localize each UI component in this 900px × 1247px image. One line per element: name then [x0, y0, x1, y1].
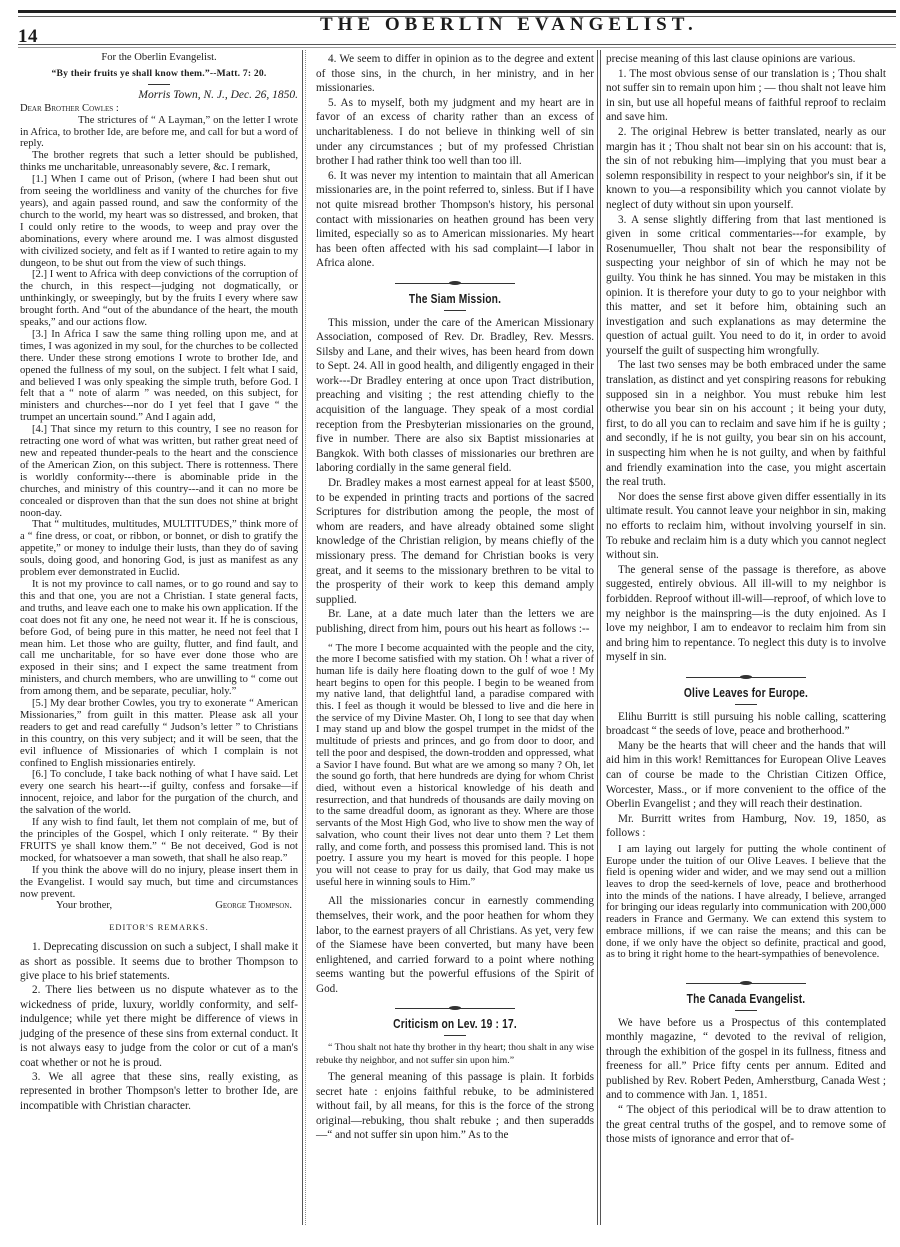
short-rule	[735, 1010, 757, 1011]
column-2: 4. We seem to differ in opinion as to th…	[316, 52, 594, 1143]
letter-paragraph: That “ multitudes, multitudes, MULTITUDE…	[20, 519, 298, 579]
letter-paragraph: [2.] I went to Africa with deep convicti…	[20, 269, 298, 329]
column-3: precise meaning of this last clause opin…	[606, 52, 886, 1147]
dateline: Morris Town, N. J., Dec. 26, 1850.	[20, 90, 298, 102]
signature: George Thompson.	[215, 900, 292, 912]
column-divider-1-dotted	[305, 50, 306, 1225]
letter-paragraph: The strictures of “ A Layman,” on the le…	[20, 115, 298, 151]
letter-paragraph: [5.] My dear brother Cowles, you try to …	[20, 698, 298, 769]
closing: Your brother,	[56, 900, 112, 912]
short-rule	[444, 310, 466, 311]
headline-criticism: Criticism on Lev. 19 : 17.	[341, 1017, 569, 1032]
column-1: For the Oberlin Evangelist. “By their fr…	[20, 52, 298, 1113]
column-divider-1	[302, 50, 303, 1225]
editor-paragraph: 1. Deprecating discussion on such a subj…	[20, 940, 298, 983]
letter-paragraph: [4.] That since my return to this countr…	[20, 424, 298, 519]
lane-quote: “ The more I become acquainted with the …	[316, 643, 594, 889]
olive-paragraph: Mr. Burritt writes from Hamburg, Nov. 19…	[606, 812, 886, 841]
editor-paragraph: 2. There lies between us no dispute what…	[20, 983, 298, 1069]
criticism-paragraph: The last two senses may be both embraced…	[606, 358, 886, 489]
column-divider-2-inner	[600, 50, 601, 1225]
criticism-paragraph: 1. The most obvious sense of our transla…	[606, 67, 886, 125]
criticism-paragraph: 2. The original Hebrew is better transla…	[606, 125, 886, 213]
section-divider-ornament	[395, 1008, 515, 1009]
olive-paragraph: Many be the hearts that will cheer and t…	[606, 739, 886, 812]
letter-signoff: Your brother, George Thompson.	[20, 900, 298, 912]
masthead-title: THE OBERLIN EVANGELIST.	[320, 14, 698, 36]
editor-paragraph: 3. We all agree that these sins, really …	[20, 1070, 298, 1113]
siam-paragraph: Dr. Bradley makes a most earnest appeal …	[316, 476, 594, 607]
letter-paragraph: If you think the above will do no injury…	[20, 865, 298, 901]
criticism-paragraph: 3. A sense slightly differing from that …	[606, 213, 886, 359]
short-rule	[444, 1035, 466, 1036]
letter-paragraph: [1.] When I came out of Prison, (where I…	[20, 174, 298, 269]
criticism-paragraph: The general meaning of this passage is p…	[316, 1070, 594, 1143]
leviticus-epigraph: “ Thou shalt not hate thy brother in thy…	[316, 1041, 594, 1067]
editor-paragraph: 4. We seem to differ in opinion as to th…	[316, 52, 594, 96]
letter-paragraph: It is not my province to call names, or …	[20, 579, 298, 698]
column-divider-2	[597, 50, 598, 1225]
letter-paragraph: [6.] To conclude, I take back nothing of…	[20, 769, 298, 817]
canada-paragraph: We have before us a Prospectus of this c…	[606, 1016, 886, 1104]
criticism-paragraph: Nor does the sense first above given dif…	[606, 490, 886, 563]
headline-siam-mission: The Siam Mission.	[341, 292, 569, 307]
salutation: Dear Brother Cowles :	[20, 103, 298, 115]
editor-paragraph: 6. It was never my intention to maintain…	[316, 169, 594, 271]
article-kicker: For the Oberlin Evangelist.	[20, 52, 298, 64]
section-divider-ornament	[395, 283, 515, 284]
section-divider-ornament	[686, 983, 806, 984]
letter-paragraph: The brother regrets that such a letter s…	[20, 150, 298, 174]
headline-canada-evangelist: The Canada Evangelist.	[631, 992, 861, 1007]
editor-paragraph: 5. As to myself, both my judgment and my…	[316, 96, 594, 169]
short-rule	[735, 704, 757, 705]
masthead-rule	[18, 44, 896, 48]
headline-olive-leaves: Olive Leaves for Europe.	[631, 686, 861, 701]
canada-paragraph: “ The object of this periodical will be …	[606, 1103, 886, 1147]
letter-paragraph: If any wish to find fault, let them not …	[20, 817, 298, 865]
letter-paragraph: [3.] In Africa I saw the same thing roll…	[20, 329, 298, 424]
article-motto: “By their fruits ye shall know them.”--M…	[20, 68, 298, 80]
short-rule	[148, 84, 170, 85]
criticism-paragraph: precise meaning of this last clause opin…	[606, 52, 886, 67]
burritt-quote: I am laying out largely for putting the …	[606, 844, 886, 961]
criticism-paragraph: The general sense of the passage is ther…	[606, 563, 886, 665]
olive-paragraph: Elihu Burritt is still pursuing his nobl…	[606, 710, 886, 739]
section-divider-ornament	[686, 677, 806, 678]
siam-closing: All the missionaries concur in earnestly…	[316, 894, 594, 996]
siam-paragraph: This mission, under the care of the Amer…	[316, 316, 594, 477]
siam-paragraph: Br. Lane, at a date much later than the …	[316, 607, 594, 636]
editor-remarks-heading: EDITOR'S REMARKS.	[20, 922, 298, 934]
